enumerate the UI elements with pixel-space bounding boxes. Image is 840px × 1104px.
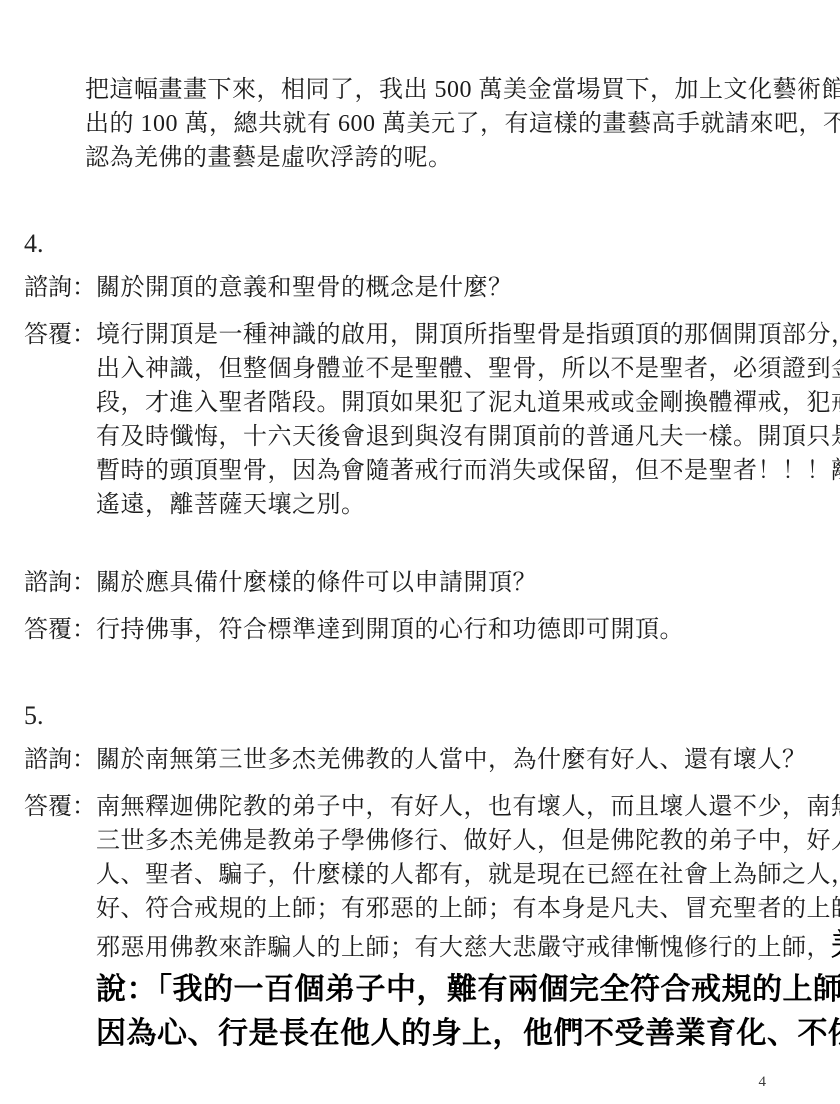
reply-label: 答覆： — [24, 790, 96, 824]
paragraph-line: 把這幅畫畫下來，相同了，我出 500 萬美金當場買下，加上文化藝術館曾經 — [85, 73, 816, 107]
regular-run: 邪惡用佛教來詐騙人的上師；有大慈大悲嚴守戒律慚愧修行的上師， — [96, 935, 831, 961]
question-text: 關於開頂的意義和聖骨的概念是什麼？ — [96, 271, 816, 305]
section-4-question-1: 諮詢： 關於開頂的意義和聖骨的概念是什麼？ — [24, 271, 816, 305]
document-page: 把這幅畫畫下來，相同了，我出 500 萬美金當場買下，加上文化藝術館曾經 出的 … — [0, 0, 840, 1104]
reply-label: 答覆： — [24, 613, 96, 647]
paragraph-line: 關於南無第三世多杰羌佛教的人當中，為什麼有好人、還有壞人？ — [96, 743, 816, 777]
inquiry-label: 諮詢： — [24, 271, 96, 305]
section-4-answer-1: 答覆： 境行開頂是一種神識的啟用，開頂所指聖骨是指頭頂的那個開頂部分，能 出入神… — [24, 318, 816, 522]
paragraph-line: 人、聖者、騙子，什麼樣的人都有，就是現在已經在社會上為師之人，有很 — [96, 858, 816, 892]
section-4-answer-2: 答覆： 行持佛事，符合標準達到開頂的心行和功德即可開頂。 — [24, 613, 816, 647]
intro-paragraph: 把這幅畫畫下來，相同了，我出 500 萬美金當場買下，加上文化藝術館曾經 出的 … — [85, 73, 816, 175]
paragraph-line: 邪惡用佛教來詐騙人的上師；有大慈大悲嚴守戒律慚愧修行的上師，羌佛 — [96, 926, 816, 968]
buddha-quote-line: 因為心、行是長在他人的身上，他們不受善業育化、不依 — [96, 1012, 816, 1056]
paragraph-line: 遙遠，離菩薩天壤之別。 — [96, 488, 816, 522]
inquiry-label: 諮詢： — [24, 566, 96, 600]
section-5-question-1: 諮詢： 關於南無第三世多杰羌佛教的人當中，為什麼有好人、還有壞人？ — [24, 743, 816, 777]
section-4-question-2: 諮詢： 關於應具備什麼樣的條件可以申請開頂？ — [24, 566, 816, 600]
paragraph-line: 境行開頂是一種神識的啟用，開頂所指聖骨是指頭頂的那個開頂部分，能 — [96, 318, 816, 352]
paragraph-line: 行持佛事，符合標準達到開頂的心行和功德即可開頂。 — [96, 613, 816, 647]
paragraph-line: 有及時懺悔，十六天後會退到與沒有開頂前的普通凡夫一樣。開頂只是具有 — [96, 420, 816, 454]
buddha-quote-lead: 羌佛 — [831, 929, 840, 962]
paragraph-line: 關於開頂的意義和聖骨的概念是什麼？ — [96, 271, 816, 305]
paragraph-line: 暫時的頭頂聖骨，因為會隨著戒行而消失或保留，但不是聖者！！！離羅漢 — [96, 454, 816, 488]
paragraph-line: 段，才進入聖者階段。開頂如果犯了泥丸道果戒或金剛換體禪戒，犯戒後沒 — [96, 386, 816, 420]
answer-text: 南無釋迦佛陀教的弟子中，有好人，也有壞人，而且壞人還不少，南無第 三世多杰羌佛是… — [96, 790, 816, 1056]
paragraph-line: 出入神識，但整個身體並不是聖體、聖骨，所以不是聖者，必須證到金釦一 — [96, 352, 816, 386]
section-5-number: 5. — [24, 699, 816, 733]
paragraph-line: 南無釋迦佛陀教的弟子中，有好人，也有壞人，而且壞人還不少，南無第 — [96, 790, 816, 824]
answer-text: 行持佛事，符合標準達到開頂的心行和功德即可開頂。 — [96, 613, 816, 647]
page-number: 4 — [759, 1075, 767, 1090]
question-text: 關於南無第三世多杰羌佛教的人當中，為什麼有好人、還有壞人？ — [96, 743, 816, 777]
section-5-answer-1: 答覆： 南無釋迦佛陀教的弟子中，有好人，也有壞人，而且壞人還不少，南無第 三世多… — [24, 790, 816, 1056]
paragraph-line: 好、符合戒規的上師；有邪惡的上師；有本身是凡夫、冒充聖者的上師；有 — [96, 892, 816, 926]
inquiry-label: 諮詢： — [24, 743, 96, 777]
buddha-quote-line: 說：「我的一百個弟子中，難有兩個完全符合戒規的上師， — [96, 968, 816, 1012]
section-4-number: 4. — [24, 227, 816, 261]
answer-text: 境行開頂是一種神識的啟用，開頂所指聖骨是指頭頂的那個開頂部分，能 出入神識，但整… — [96, 318, 816, 522]
paragraph-line: 出的 100 萬，總共就有 600 萬美元了，有這樣的畫藝高手就請來吧，不然還 — [85, 107, 816, 141]
paragraph-line: 認為羌佛的畫藝是虛吹浮誇的呢。 — [85, 141, 816, 175]
paragraph-line: 關於應具備什麼樣的條件可以申請開頂？ — [96, 566, 816, 600]
reply-label: 答覆： — [24, 318, 96, 352]
paragraph-line: 三世多杰羌佛是教弟子學佛修行、做好人，但是佛陀教的弟子中，好人、壞 — [96, 824, 816, 858]
question-text: 關於應具備什麼樣的條件可以申請開頂？ — [96, 566, 816, 600]
